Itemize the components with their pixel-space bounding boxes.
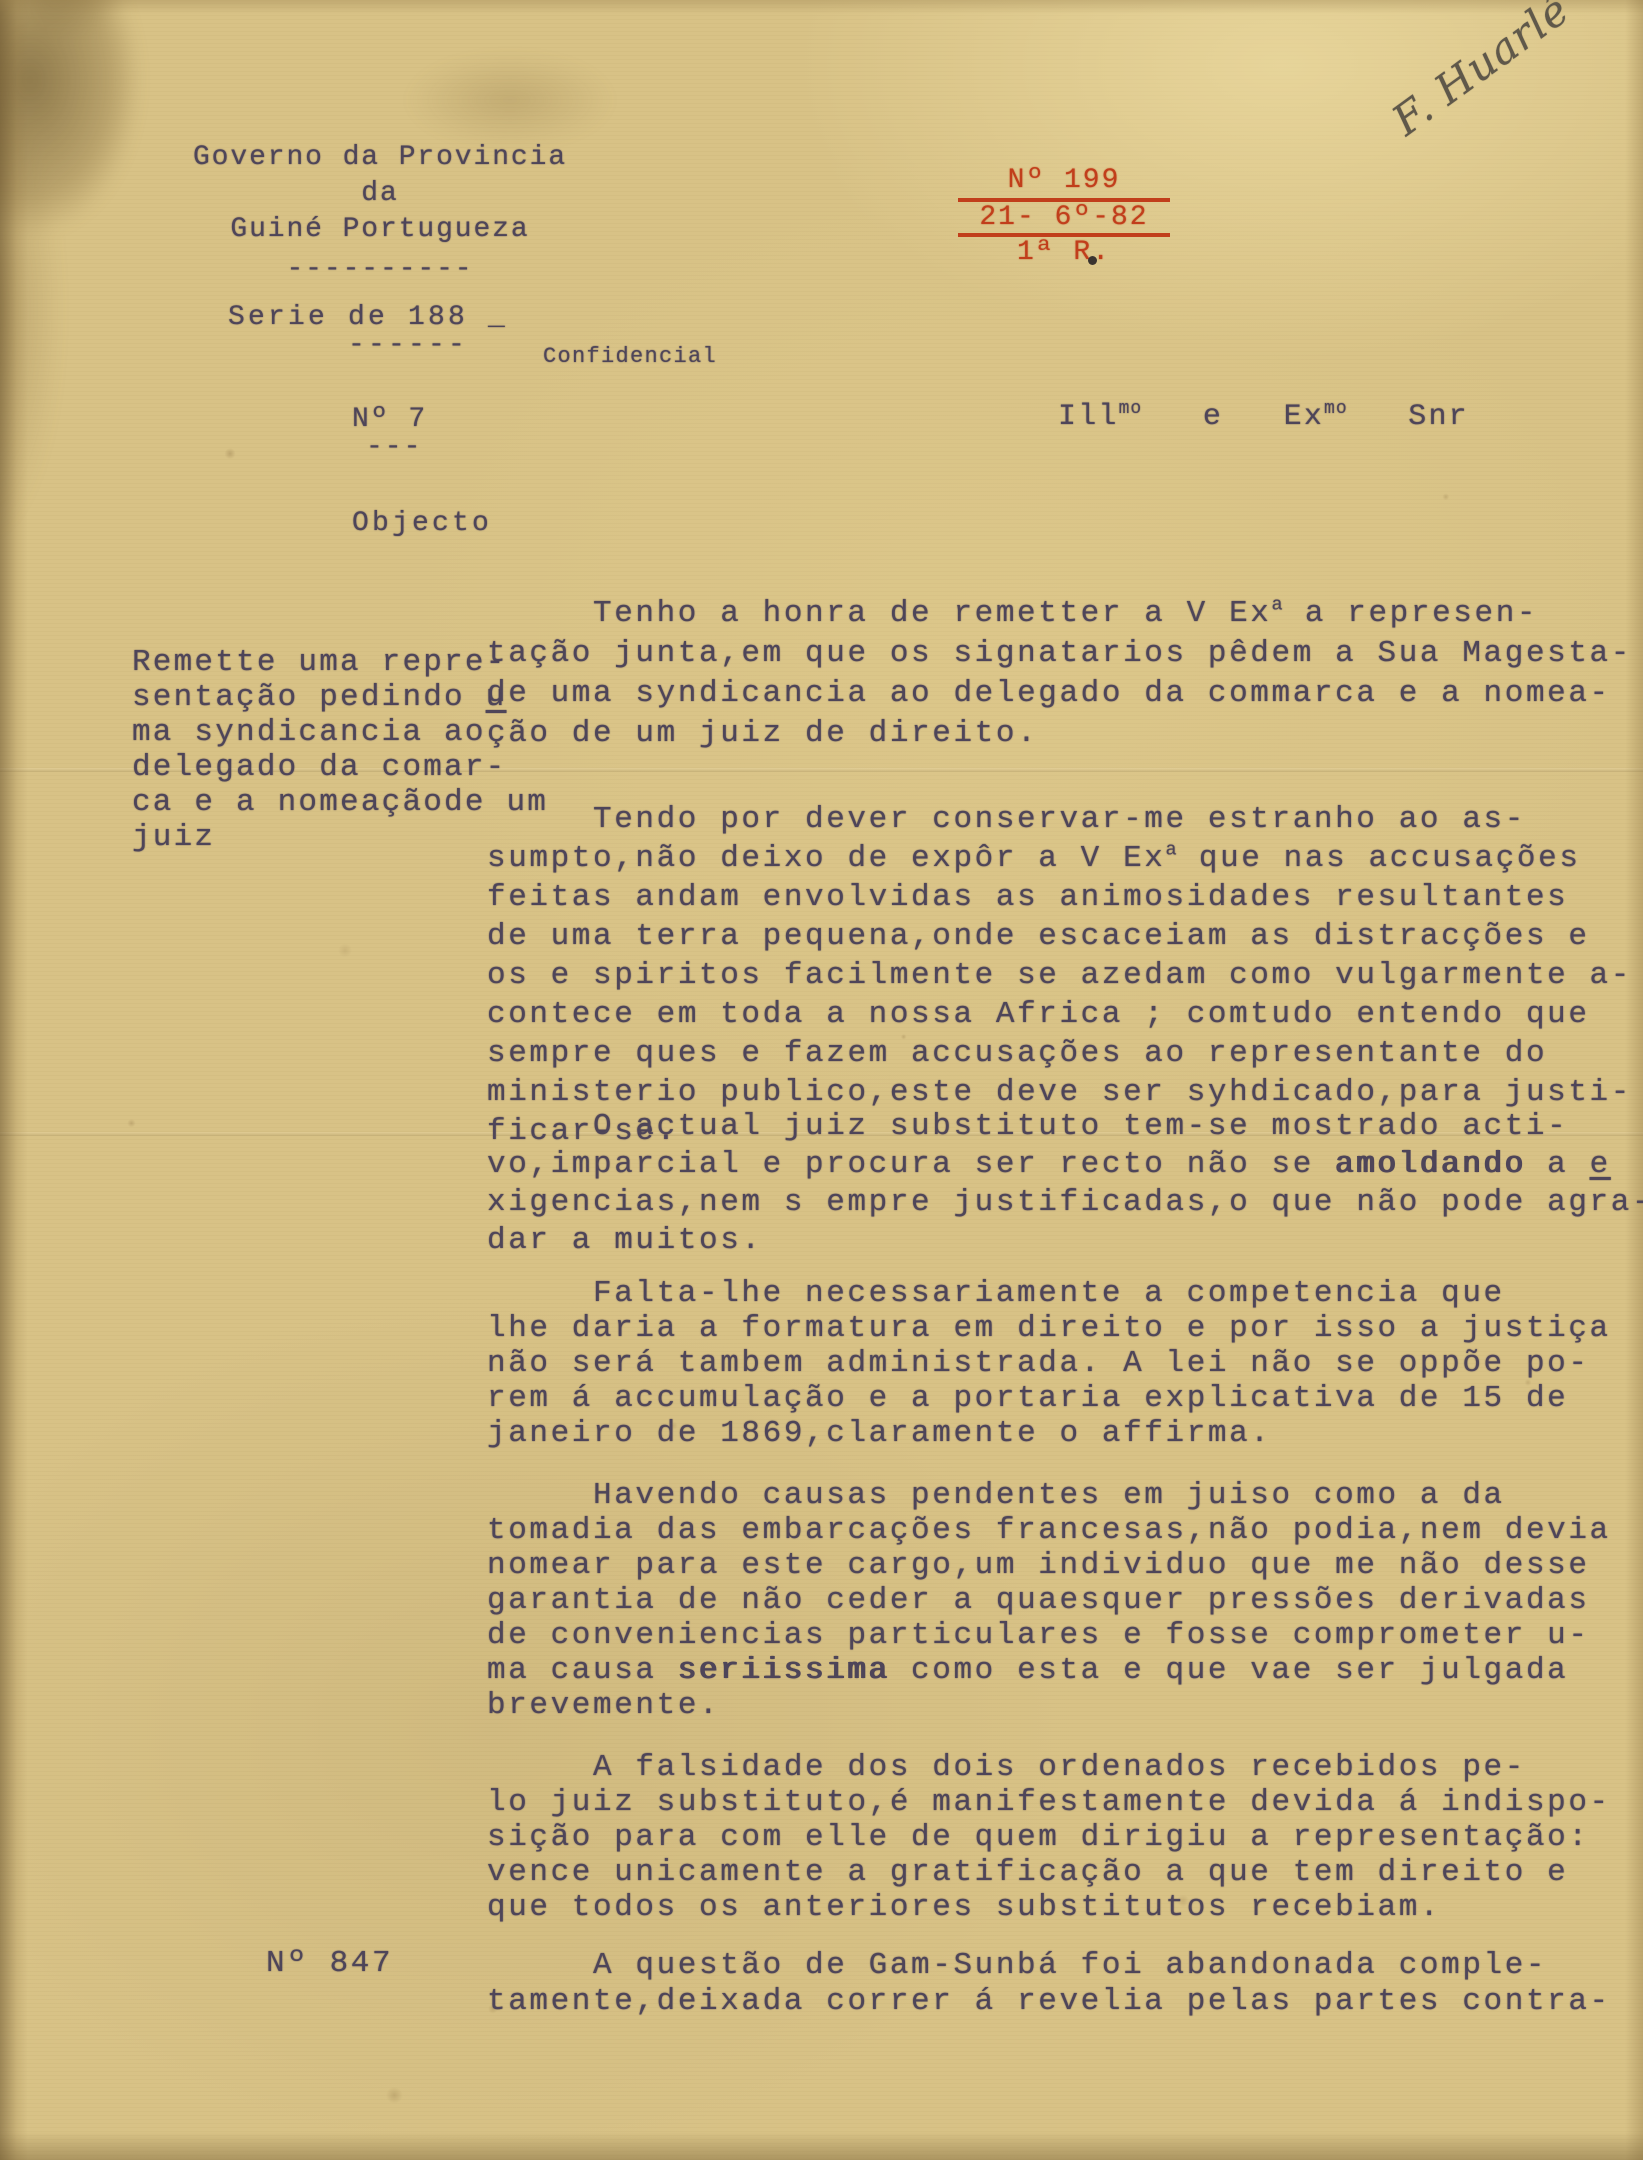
text-line: janeiro de 1869,claramente o affirma. bbox=[487, 1416, 1643, 1451]
text-line: A falsidade dos dois ordenados recebidos… bbox=[487, 1750, 1643, 1785]
body-paragraph-5: Havendo causas pendentes em juiso como a… bbox=[487, 1478, 1643, 1723]
text-line: lhe daria a formatura em direito e por i… bbox=[487, 1311, 1643, 1346]
text-line: Falta-lhe necessariamente a competencia … bbox=[487, 1276, 1643, 1311]
document-page: F. Huarlé Governo da Provincia da Guiné … bbox=[0, 0, 1643, 2160]
text-line: de conveniencias particulares e fosse co… bbox=[487, 1618, 1643, 1653]
stamp-date: 21- 6º-82 bbox=[958, 202, 1170, 237]
handwritten-annotation: F. Huarlé bbox=[1383, 0, 1578, 145]
object-label: Objecto bbox=[352, 508, 492, 539]
text-line: brevemente. bbox=[487, 1688, 1643, 1723]
text-line: xigencias,nem s empre justificadas,o que… bbox=[487, 1184, 1643, 1222]
text-line: sempre ques e fazem accusações ao repres… bbox=[487, 1034, 1643, 1073]
body-paragraph-1: Tenho a honra de remetter a V Exa a repr… bbox=[487, 594, 1643, 754]
text-line: tamente,deixada correr á revelia pelas p… bbox=[487, 1984, 1643, 2020]
text-line: delegado da comar- bbox=[132, 750, 572, 785]
text-line: sumpto,não deixo de expôr a V Exa que na… bbox=[487, 839, 1643, 878]
text-line: contece em toda a nossa Africa ; comtudo… bbox=[487, 995, 1643, 1034]
text-line: de uma terra pequena,onde escaceiam as d… bbox=[487, 917, 1643, 956]
doc-number: Nº 7 bbox=[352, 404, 427, 435]
ink-dot bbox=[1088, 256, 1097, 265]
body-paragraph-2: Tendo por dever conservar-me estranho ao… bbox=[487, 800, 1643, 1151]
text-line: nomear para este cargo,um individuo que … bbox=[487, 1548, 1643, 1583]
paper-edge-shadow-left bbox=[0, 0, 28, 2160]
letterhead-line: Guiné Portugueza bbox=[150, 212, 610, 248]
text-line: vence unicamente a gratificação a que te… bbox=[487, 1855, 1643, 1890]
text-line: tação junta,em que os signatarios pêdem … bbox=[487, 634, 1643, 674]
text-line: não será tambem administrada. A lei não … bbox=[487, 1346, 1643, 1381]
text-line: ção de um juiz de direito. bbox=[487, 714, 1643, 754]
letterhead: Governo da Provincia da Guiné Portugueza… bbox=[150, 140, 610, 288]
body-paragraph-3: O actual juiz substituto tem-se mostrado… bbox=[487, 1108, 1643, 1260]
letterhead-line: da bbox=[150, 176, 610, 212]
letterhead-line: Governo da Provincia bbox=[150, 140, 610, 176]
body-paragraph-7: A questão de Gam-Sunbá foi abandonada co… bbox=[487, 1948, 1643, 2020]
registry-stamp: Nº 199 21- 6º-82 1ª R. bbox=[958, 164, 1170, 269]
text-line: que todos os anteriores substitutos rece… bbox=[487, 1890, 1643, 1925]
text-line: dar a muitos. bbox=[487, 1222, 1643, 1260]
text-line: garantia de não ceder a quaesquer pressõ… bbox=[487, 1583, 1643, 1618]
typed-divider: ------ bbox=[348, 330, 468, 361]
text-line: vo,imparcial e procura ser recto não se … bbox=[487, 1146, 1643, 1184]
text-line: Havendo causas pendentes em juiso como a… bbox=[487, 1478, 1643, 1513]
confidential-label: Confidencial bbox=[543, 344, 717, 369]
reference-number: Nº 847 bbox=[266, 1946, 393, 1981]
typed-divider: ---------- bbox=[150, 252, 610, 288]
text-line: feitas andam envolvidas as animosidades … bbox=[487, 878, 1643, 917]
typed-divider: --- bbox=[366, 432, 422, 463]
text-line: rem á accumulação e a portaria explicati… bbox=[487, 1381, 1643, 1416]
series-line: Serie de 188 _ bbox=[228, 302, 508, 333]
body-paragraph-6: A falsidade dos dois ordenados recebidos… bbox=[487, 1750, 1643, 1925]
text-line: de uma syndicancia ao delegado da commar… bbox=[487, 674, 1643, 714]
text-line: O actual juiz substituto tem-se mostrado… bbox=[487, 1108, 1643, 1146]
stamp-section: 1ª R. bbox=[958, 237, 1170, 269]
text-line: ma causa seriissima como esta e que vae … bbox=[487, 1653, 1643, 1688]
text-line: tomadia das embarcações francesas,não po… bbox=[487, 1513, 1643, 1548]
paper-edge-shadow-bottom bbox=[0, 2132, 1643, 2160]
paper-edge-shadow-top bbox=[0, 0, 1643, 14]
text-line: A questão de Gam-Sunbá foi abandonada co… bbox=[487, 1948, 1643, 1984]
text-line: os e spiritos facilmente se azedam como … bbox=[487, 956, 1643, 995]
text-line: Tenho a honra de remetter a V Exa a repr… bbox=[487, 594, 1643, 634]
body-paragraph-4: Falta-lhe necessariamente a competencia … bbox=[487, 1276, 1643, 1451]
text-line: lo juiz substituto,é manifestamente devi… bbox=[487, 1785, 1643, 1820]
salutation: Illmo e Exmo Snr bbox=[1058, 400, 1469, 434]
stamp-number: Nº 199 bbox=[958, 164, 1170, 202]
text-line: ministerio publico,este deve ser syhdica… bbox=[487, 1073, 1643, 1112]
text-line: Tendo por dever conservar-me estranho ao… bbox=[487, 800, 1643, 839]
text-line: sição para com elle de quem dirigiu a re… bbox=[487, 1820, 1643, 1855]
